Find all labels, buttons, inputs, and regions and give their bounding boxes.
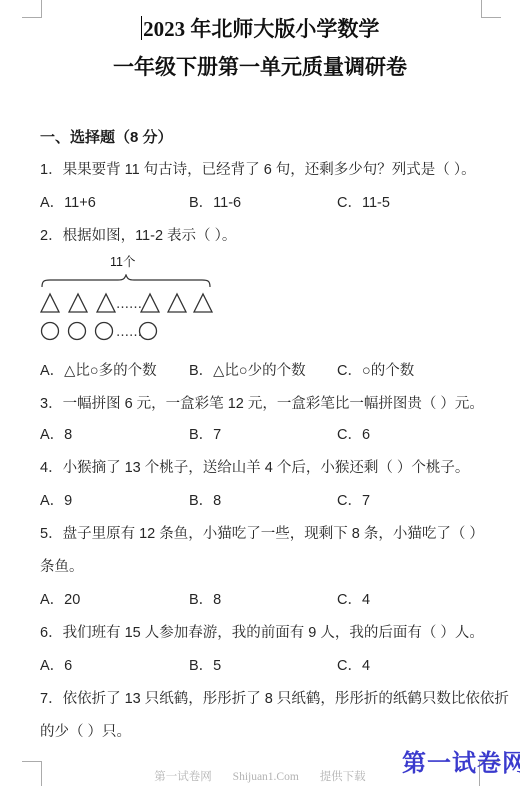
question-7-text-line-1[interactable]: 7．依依折了 13 只纸鹤，彤彤折了 8 只纸鹤，彤彤折的纸鹤只数比依依折	[40, 683, 490, 716]
q3-option-a[interactable]: A．8	[40, 419, 72, 452]
q6-option-c[interactable]: C．4	[337, 650, 370, 683]
q3-option-b[interactable]: B．7	[189, 419, 221, 452]
q4-option-a[interactable]: A．9	[40, 485, 72, 518]
triangle-icon	[168, 294, 186, 312]
q6-option-b[interactable]: B．5	[189, 650, 221, 683]
q4-option-b[interactable]: B．8	[189, 485, 221, 518]
question-6-options[interactable]: A．6 B．5 C．4	[40, 650, 490, 683]
triangle-icon	[97, 294, 115, 312]
q5-option-a[interactable]: A．20	[40, 584, 80, 617]
question-6-text[interactable]: 6．我们班有 15 人参加春游，我的前面有 9 人，我的后面有（ ）人。	[40, 617, 490, 650]
triangle-row-ellipsis: ……	[116, 297, 142, 312]
triangle-icon	[69, 294, 87, 312]
text-cursor	[141, 16, 143, 40]
q4-option-c[interactable]: C．7	[337, 485, 370, 518]
q2-option-b[interactable]: B．△比○少的个数	[189, 355, 306, 388]
q6-option-a[interactable]: A．6	[40, 650, 72, 683]
question-1-text[interactable]: 1．果果要背 11 句古诗，已经背了 6 句，还剩多少句？列式是（ ）。	[40, 154, 490, 187]
question-5-text-line-2[interactable]: 条鱼。	[40, 551, 490, 584]
question-5-options[interactable]: A．20 B．8 C．4	[40, 584, 490, 617]
footer-site-name: 第一试卷网	[154, 771, 212, 783]
question-3-options[interactable]: A．8 B．7 C．6	[40, 419, 490, 452]
q2-option-c[interactable]: C．○的个数	[337, 355, 414, 388]
circle-icon	[42, 323, 59, 340]
question-4-options[interactable]: A．9 B．8 C．7	[40, 485, 490, 518]
brace-label: 11个	[110, 255, 135, 269]
title-line-1[interactable]: 2023 年北师大版小学数学	[0, 10, 520, 48]
question-3-text[interactable]: 3．一幅拼图 6 元，一盒彩笔 12 元，一盒彩笔比一幅拼图贵（ ）元。	[40, 388, 490, 421]
title-line-1-text: 2023 年北师大版小学数学	[143, 17, 379, 41]
question-2-options[interactable]: A．△比○多的个数 B．△比○少的个数 C．○的个数	[40, 355, 490, 388]
section-heading[interactable]: 一、选择题（8 分）	[40, 121, 490, 154]
title-line-2[interactable]: 一年级下册第一单元质量调研卷	[0, 48, 520, 86]
triangle-icon	[141, 294, 159, 312]
triangle-icon	[41, 294, 59, 312]
q5-option-c[interactable]: C．4	[337, 584, 370, 617]
q3-option-c[interactable]: C．6	[337, 419, 370, 452]
circle-icon	[140, 323, 157, 340]
circle-icon	[69, 323, 86, 340]
question-5-text-line-1[interactable]: 5．盘子里原有 12 条鱼，小猫吃了一些，现剩下 8 条，小猫吃了（ ）	[40, 518, 490, 551]
q5-option-b[interactable]: B．8	[189, 584, 221, 617]
footer-site-url: Shijuan1.Com	[233, 771, 299, 783]
question-1-options[interactable]: A．11+6 B．11-6 C．11-5	[40, 187, 490, 220]
question-2-text[interactable]: 2．根据如图，11-2 表示（ ）。	[40, 220, 490, 253]
triangle-circle-rows: …… ……	[40, 287, 275, 347]
q1-option-b[interactable]: B．11-6	[189, 187, 241, 220]
question-2-figure[interactable]: 11个 …… ……	[40, 255, 275, 350]
document-title[interactable]: 2023 年北师大版小学数学 一年级下册第一单元质量调研卷	[0, 10, 520, 86]
triangle-icon	[194, 294, 212, 312]
q1-option-a[interactable]: A．11+6	[40, 187, 96, 220]
document-page: 2023 年北师大版小学数学 一年级下册第一单元质量调研卷 一、选择题（8 分）…	[0, 0, 520, 786]
q1-option-c[interactable]: C．11-5	[337, 187, 390, 220]
q2-option-a[interactable]: A．△比○多的个数	[40, 355, 157, 388]
circle-icon	[96, 323, 113, 340]
site-logo: 第一试卷网	[402, 743, 520, 778]
footer-note: 提供下载	[320, 771, 366, 783]
question-4-text[interactable]: 4．小猴摘了 13 个桃子，送给山羊 4 个后，小猴还剩（ ）个桃子。	[40, 452, 490, 485]
circle-row-ellipsis: ……	[116, 325, 142, 340]
title-line-2-text: 一年级下册第一单元质量调研卷	[113, 55, 407, 79]
